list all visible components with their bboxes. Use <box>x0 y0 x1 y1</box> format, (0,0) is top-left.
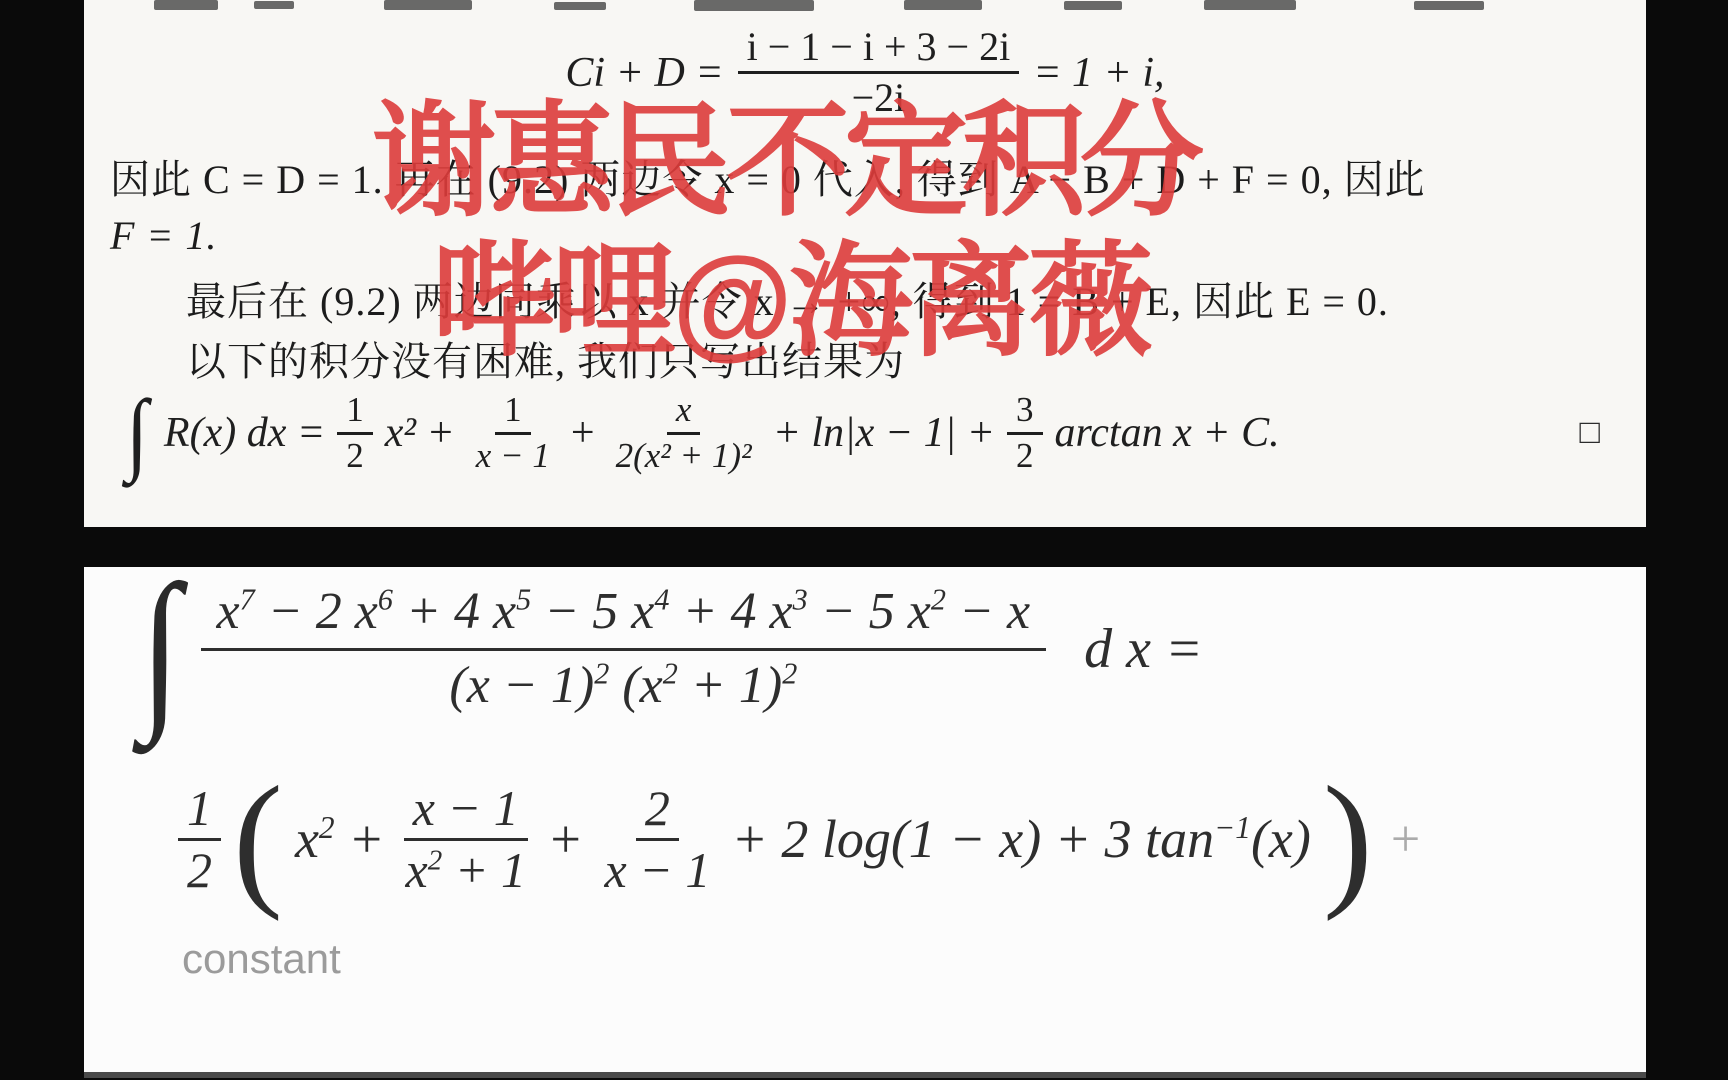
fraction-numerator: 1 <box>337 392 373 435</box>
fraction-denominator: 2 <box>178 841 221 897</box>
equation-antiderivative-result: ∫ R(x) dx = 1 2 x² + 1 x − 1 + x 2(x² + … <box>126 392 1600 475</box>
fraction-denominator: 2 <box>337 435 373 475</box>
cropped-text-fragment <box>554 2 606 10</box>
cropped-text-fragment <box>254 1 294 9</box>
cropped-text-fragment <box>904 0 982 10</box>
fraction-numerator: i − 1 − i + 3 − 2i <box>738 26 1020 74</box>
fraction-denominator: x2 + 1 <box>397 841 535 897</box>
open-paren: ( <box>233 779 283 899</box>
differential-equals: d x = <box>1084 617 1203 681</box>
plus-constant-operator: + <box>1391 810 1420 869</box>
fraction-one-half: 1 2 <box>337 392 373 475</box>
fraction-numerator: x7 − 2 x6 + 4 x5 − 5 x4 + 4 x3 − 5 x2 − … <box>201 583 1047 651</box>
integral-sign: ∫ <box>140 574 181 725</box>
term-x-squared: x² + <box>385 409 455 457</box>
watermark-title: 谢惠民不定积分 <box>372 100 1198 224</box>
fraction-denominator: x − 1 <box>467 435 559 475</box>
fraction-two-over-x-minus-1: 2 x − 1 <box>595 782 719 896</box>
fraction-numerator: x − 1 <box>404 782 528 841</box>
equation-lhs: Ci + D = <box>565 49 723 97</box>
equation-integral-query: ∫ x7 − 2 x6 + 4 x5 − 5 x4 + 4 x3 − 5 x2 … <box>140 583 1203 715</box>
cropped-text-fragment <box>384 0 472 10</box>
fraction-numerator: x <box>667 392 701 435</box>
term-arctan: arctan x + C. <box>1055 409 1280 457</box>
cropped-text-fragment <box>154 0 218 10</box>
paragraph-f-equals-one: F = 1. <box>110 212 217 259</box>
fraction-x-over-quadratic: x 2(x² + 1)² <box>607 392 761 475</box>
integral-sign: ∫ <box>126 392 148 475</box>
equation-integral-result: 1 2 ( x2 + x − 1 x2 + 1 + 2 x − 1 + 2 lo… <box>178 779 1420 899</box>
cropped-text-fragment <box>1064 1 1122 10</box>
cropped-text-fragment <box>1204 0 1296 10</box>
term-x-squared: x2 + <box>295 808 385 870</box>
qed-box-icon: □ <box>1579 414 1600 452</box>
plus-operator: + <box>547 808 583 870</box>
term-log-abs: + ln|x − 1| + <box>773 409 995 457</box>
fraction-numerator: 1 <box>178 782 221 841</box>
constant-label: constant <box>182 935 341 983</box>
cas-output-panel: ∫ x7 − 2 x6 + 4 x5 − 5 x4 + 4 x3 − 5 x2 … <box>84 567 1646 1078</box>
watermark-author: 哔哩@海离薇 <box>432 240 1149 364</box>
video-frame: Ci + D = i − 1 − i + 3 − 2i −2i = 1 + i,… <box>0 0 1728 1080</box>
term-log-arctan: + 2 log(1 − x) + 3 tan−1(x) <box>731 808 1311 870</box>
fraction-denominator: 2 <box>1007 435 1043 475</box>
equation-rhs: = 1 + i, <box>1033 49 1164 97</box>
integrand-label: R(x) dx = <box>164 409 325 457</box>
rational-function-fraction: x7 − 2 x6 + 4 x5 − 5 x4 + 4 x3 − 5 x2 − … <box>201 583 1047 715</box>
fraction-denominator: 2(x² + 1)² <box>607 435 761 475</box>
fraction-denominator: x − 1 <box>595 841 719 897</box>
cropped-text-fragment <box>694 0 814 11</box>
close-paren: ) <box>1323 779 1373 899</box>
fraction-linear-over-quadratic: x − 1 x2 + 1 <box>397 782 535 896</box>
fraction-denominator: (x − 1)2 (x2 + 1)2 <box>433 651 813 716</box>
fraction-one-half: 1 2 <box>178 782 221 896</box>
fraction-numerator: 3 <box>1007 392 1043 435</box>
fraction-three-halves: 3 2 <box>1007 392 1043 475</box>
fraction-numerator: 1 <box>495 392 531 435</box>
cropped-text-fragment <box>1414 1 1484 10</box>
fraction-numerator: 2 <box>636 782 679 841</box>
plus-operator: + <box>571 409 595 457</box>
fraction-one-over-x-minus-1: 1 x − 1 <box>467 392 559 475</box>
